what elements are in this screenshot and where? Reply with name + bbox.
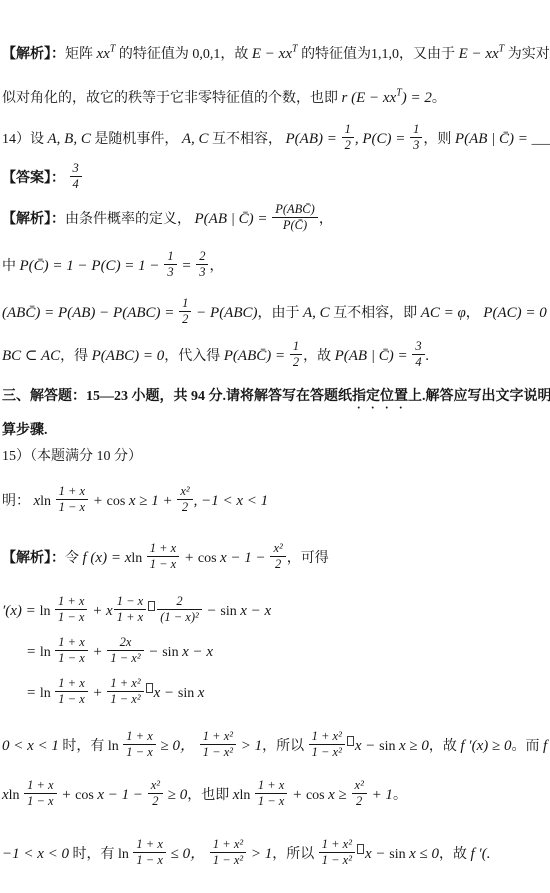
text: ， [319, 212, 333, 227]
math-text: ) = 2 [402, 90, 432, 106]
text: 15）（本题满分 10 分） [2, 449, 142, 464]
problem-15-title: 15）（本题满分 10 分） [2, 446, 550, 466]
text: 中 [2, 259, 20, 274]
text: 由条件概率的定义， [65, 212, 195, 227]
fraction: 1 + x²1 − x² [209, 837, 247, 868]
document-page: 【解析】：矩阵 xxT 的特征值为 0,0,1，故 E − xxT 的特征值为1… [0, 0, 550, 893]
bold-text: 【解析】： [2, 47, 65, 62]
math-text: + [89, 493, 107, 509]
fraction: x²2 [176, 484, 193, 515]
text: ______. [532, 132, 550, 147]
bold-text: 上.解答应写出文字说明、证明 [408, 389, 550, 404]
text: 。而 [511, 739, 543, 754]
fraction: 1 + x1 − x [54, 594, 88, 625]
fraction: 1 + x²1 − x² [308, 729, 346, 760]
fraction: 13 [163, 249, 177, 280]
math-text: x − [154, 685, 178, 701]
math-text: BC ⊂ AC [2, 348, 60, 364]
analysis-14-line-3: (ABC̄) = P(AB) − P(ABC) = 12 − P(ABC)，由于… [2, 298, 550, 329]
analysis-14-line-4: BC ⊂ AC，得 P(ABC) = 0，代入得 P(ABC̄) = 12，故 … [2, 341, 550, 372]
missing-glyph-box-icon [146, 683, 153, 693]
text: ，故 [429, 739, 461, 754]
math-text: E − xx [252, 46, 292, 62]
math-text: + [288, 787, 306, 803]
math-text: ≥ 0 [164, 787, 187, 803]
math-text: − P(ABC) [192, 305, 257, 321]
text: ，所以 [262, 739, 308, 754]
math-text: P(AB | C̄) = [335, 348, 412, 364]
text: ，故 [303, 349, 335, 364]
bold-text: 【解析】： [2, 551, 65, 566]
analysis-15-case-2: −1 < x < 0 时，有 ln 1 + x1 − x ≤ 0， 1 + x²… [2, 839, 550, 870]
analysis-15-case-1: 0 < x < 1 时，有 ln 1 + x1 − x ≥ 0， 1 + x²1… [2, 731, 550, 762]
problem-15-statement: 明： xln 1 + x1 − x + cos x ≥ 1 + x²2, −1 … [2, 486, 550, 517]
fraction: 1 + x²1 − x² [199, 729, 237, 760]
math-text: P(AB | C̄) = [455, 131, 532, 147]
math-text: f ′(. [471, 846, 491, 862]
math-text: P(AB) = [286, 131, 341, 147]
math-text: = [26, 644, 40, 660]
problem-14: 14）设 A, B, C 是随机事件， A, C 互不相容， P(AB) = 1… [2, 124, 550, 155]
text: 明： [2, 494, 34, 509]
fraction: 13 [409, 122, 423, 153]
text: ，由于 [258, 306, 304, 321]
math-text: , −1 < x < 1 [194, 493, 269, 509]
fraction: 1 + x1 − x [54, 635, 88, 666]
text: 。 [393, 788, 407, 803]
math-text: A, B, C [48, 131, 91, 147]
text: 令 [65, 551, 83, 566]
math-text: f (x) = x [83, 550, 132, 566]
math-text: −1 < x < 0 [2, 846, 69, 862]
fraction: 1 + x1 − x [23, 778, 57, 809]
analysis-14-line-1: 【解析】：由条件概率的定义， P(AB | C̄) = P(ABC̄)P(C̄)… [2, 204, 550, 235]
math-text: ′(x) = [2, 603, 40, 619]
math-text: x − x [182, 644, 213, 660]
bold-text: 三、解答题：15—23 小题，共 94 分.请将解答写在答题纸 [2, 389, 352, 404]
text: ，所以 [272, 847, 318, 862]
math-text: + [89, 685, 107, 701]
fraction: 12 [341, 122, 355, 153]
math-text: − [145, 644, 163, 660]
math-text: P(AB | C̄) = [195, 211, 272, 227]
math-text: x [198, 685, 205, 701]
math-text: A, C [303, 305, 330, 321]
math-text: P(C̄) = 1 − P(C) = 1 − [20, 258, 164, 274]
bold-text: 【答案】： [2, 171, 65, 186]
missing-glyph-box-icon [148, 601, 155, 611]
text: 时，有 ln [59, 739, 122, 754]
analysis-15-conclusion-1: xln 1 + x1 − x + cos x − 1 − x²2 ≥ 0，也即 … [2, 780, 550, 811]
math-text: + [58, 787, 76, 803]
math-text: f ′(x) ≥ 0 [460, 738, 511, 754]
text: ln [40, 494, 54, 509]
math-text: x ≤ 0 [409, 846, 439, 862]
math-text: P(AC) = 0 [483, 305, 546, 321]
analysis-13-line-1: 【解析】：矩阵 xxT 的特征值为 0,0,1，故 E − xxT 的特征值为1… [2, 44, 550, 64]
fraction: x²2 [351, 778, 368, 809]
text: cos [75, 788, 97, 803]
fraction: 34 [411, 339, 425, 370]
text: 是随机事件， [91, 132, 182, 147]
text: sin [220, 604, 240, 619]
text: ， [209, 259, 223, 274]
text: ，可得 [287, 551, 329, 566]
fraction: 1 + x1 − x [55, 484, 89, 515]
text: sin [178, 686, 198, 701]
math-text: + [89, 644, 107, 660]
text: cos [107, 494, 129, 509]
fraction: 1 + x1 − x [122, 729, 156, 760]
math-text: x ≥ 1 + [129, 493, 177, 509]
text: ln [40, 604, 54, 619]
missing-glyph-box-icon [347, 736, 354, 746]
fraction: x²2 [269, 541, 286, 572]
section-3-header: 三、解答题：15—23 小题，共 94 分.请将解答写在答题纸指定位置上.解答应… [2, 386, 550, 412]
math-text: x − 1 − [220, 550, 269, 566]
text: sin [379, 739, 399, 754]
fraction: 2(1 − x)² [156, 594, 203, 625]
text: 的特征值为 0,0,1，故 [115, 47, 252, 62]
fraction: P(ABC̄)P(C̄) [271, 202, 319, 233]
math-text: A, C [182, 131, 209, 147]
math-text: ≥ 0， [157, 738, 199, 754]
analysis-15-derivative-2: = ln 1 + x1 − x + 2x1 − x² − sin x − x [2, 637, 550, 668]
fraction: 1 + x1 − x [146, 541, 180, 572]
text: 互不相容， [209, 132, 286, 147]
text: 为实对称矩阵 [504, 47, 550, 62]
section-3-header-cont: 算步骤. [2, 420, 550, 440]
math-text: x − 1 − [97, 787, 146, 803]
math-text: x − [365, 846, 389, 862]
text: ln [239, 788, 253, 803]
text: 的特征值为1,1,0，又由于 [298, 47, 459, 62]
text: ，故 [439, 847, 471, 862]
fraction: 2x1 − x² [106, 635, 144, 666]
math-text: (ABC̄) = P(AB) − P(ABC) = [2, 305, 178, 321]
math-text: P(ABC̄) = [224, 348, 289, 364]
fraction: x²2 [147, 778, 164, 809]
fraction: 12 [289, 339, 303, 370]
text: ，则 [423, 132, 455, 147]
math-text: x ≥ [328, 787, 350, 803]
fraction: 1 + x1 − x [254, 778, 288, 809]
text: sin [389, 847, 409, 862]
text: ln [9, 788, 23, 803]
text: sin [162, 645, 182, 660]
math-text: x − [355, 738, 379, 754]
text: 时，有 ln [69, 847, 132, 862]
text: ln [40, 645, 54, 660]
analysis-13-line-2: 似对角化的，故它的秩等于它非零特征值的个数，也即 r (E − xxT) = 2… [2, 88, 550, 108]
text: cos [198, 551, 220, 566]
math-text: = [178, 258, 196, 274]
text: ， [466, 306, 484, 321]
math-text: − [203, 603, 221, 619]
text: 似对角化的，故它的秩等于它非零特征值的个数，也即 [2, 91, 342, 106]
math-text: > 1 [237, 738, 262, 754]
fraction: 1 + x1 − x [54, 676, 88, 707]
math-text: + x [88, 603, 112, 619]
analysis-15-line-1: 【解析】：令 f (x) = xln 1 + x1 − x + cos x − … [2, 543, 550, 574]
analysis-14-line-2: 中 P(C̄) = 1 − P(C) = 1 − 13 = 23， [2, 251, 550, 282]
math-text: x ≥ 0 [399, 738, 429, 754]
text: cos [306, 788, 328, 803]
analysis-15-derivative-3: = ln 1 + x1 − x + 1 + x²1 − x²x − sin x [2, 678, 550, 709]
text: 互不相容，即 [330, 306, 421, 321]
math-text: . [426, 348, 430, 364]
math-text: E − xx [459, 46, 499, 62]
math-text: > 1 [247, 846, 272, 862]
fraction: 34 [69, 161, 83, 192]
fraction: 12 [178, 296, 192, 327]
math-text: x [2, 787, 9, 803]
fraction: 1 + x²1 − x² [106, 676, 144, 707]
fraction: 23 [195, 249, 209, 280]
math-text: 0 < x < 1 [2, 738, 59, 754]
math-text: P(ABC) = 0 [92, 348, 165, 364]
answer-14: 【答案】： 34 [2, 163, 550, 194]
text: 14）设 [2, 132, 48, 147]
bold-text: 算步骤. [2, 423, 48, 438]
text: 。 [432, 91, 446, 106]
text: ，也即 [187, 788, 233, 803]
math-text: + 1 [368, 787, 393, 803]
text: 矩阵 [65, 47, 97, 62]
math-text: xx [97, 46, 110, 62]
analysis-15-derivative: ′(x) = ln 1 + x1 − x + x1 − x1 + x2(1 − … [2, 596, 550, 627]
bold-text: 【解析】： [2, 212, 65, 227]
math-text: f (0) = [543, 738, 550, 754]
fraction: 1 + x1 − x [132, 837, 166, 868]
fraction: 1 + x²1 − x² [318, 837, 356, 868]
fraction: 1 − x1 + x [113, 594, 147, 625]
math-text: AC = φ [421, 305, 466, 321]
missing-glyph-box-icon [357, 844, 364, 854]
math-text: = [26, 685, 40, 701]
bold-text: 指定位置 [352, 389, 408, 404]
text: ln [40, 686, 54, 701]
math-text: , P(C) = [355, 131, 409, 147]
math-text: ≤ 0， [167, 846, 209, 862]
math-text: r (E − xx [342, 90, 397, 106]
math-text: + [180, 550, 198, 566]
text: ln [131, 551, 145, 566]
text: ，得 [60, 349, 92, 364]
math-text: x − x [240, 603, 271, 619]
text: ，代入得 [164, 349, 224, 364]
